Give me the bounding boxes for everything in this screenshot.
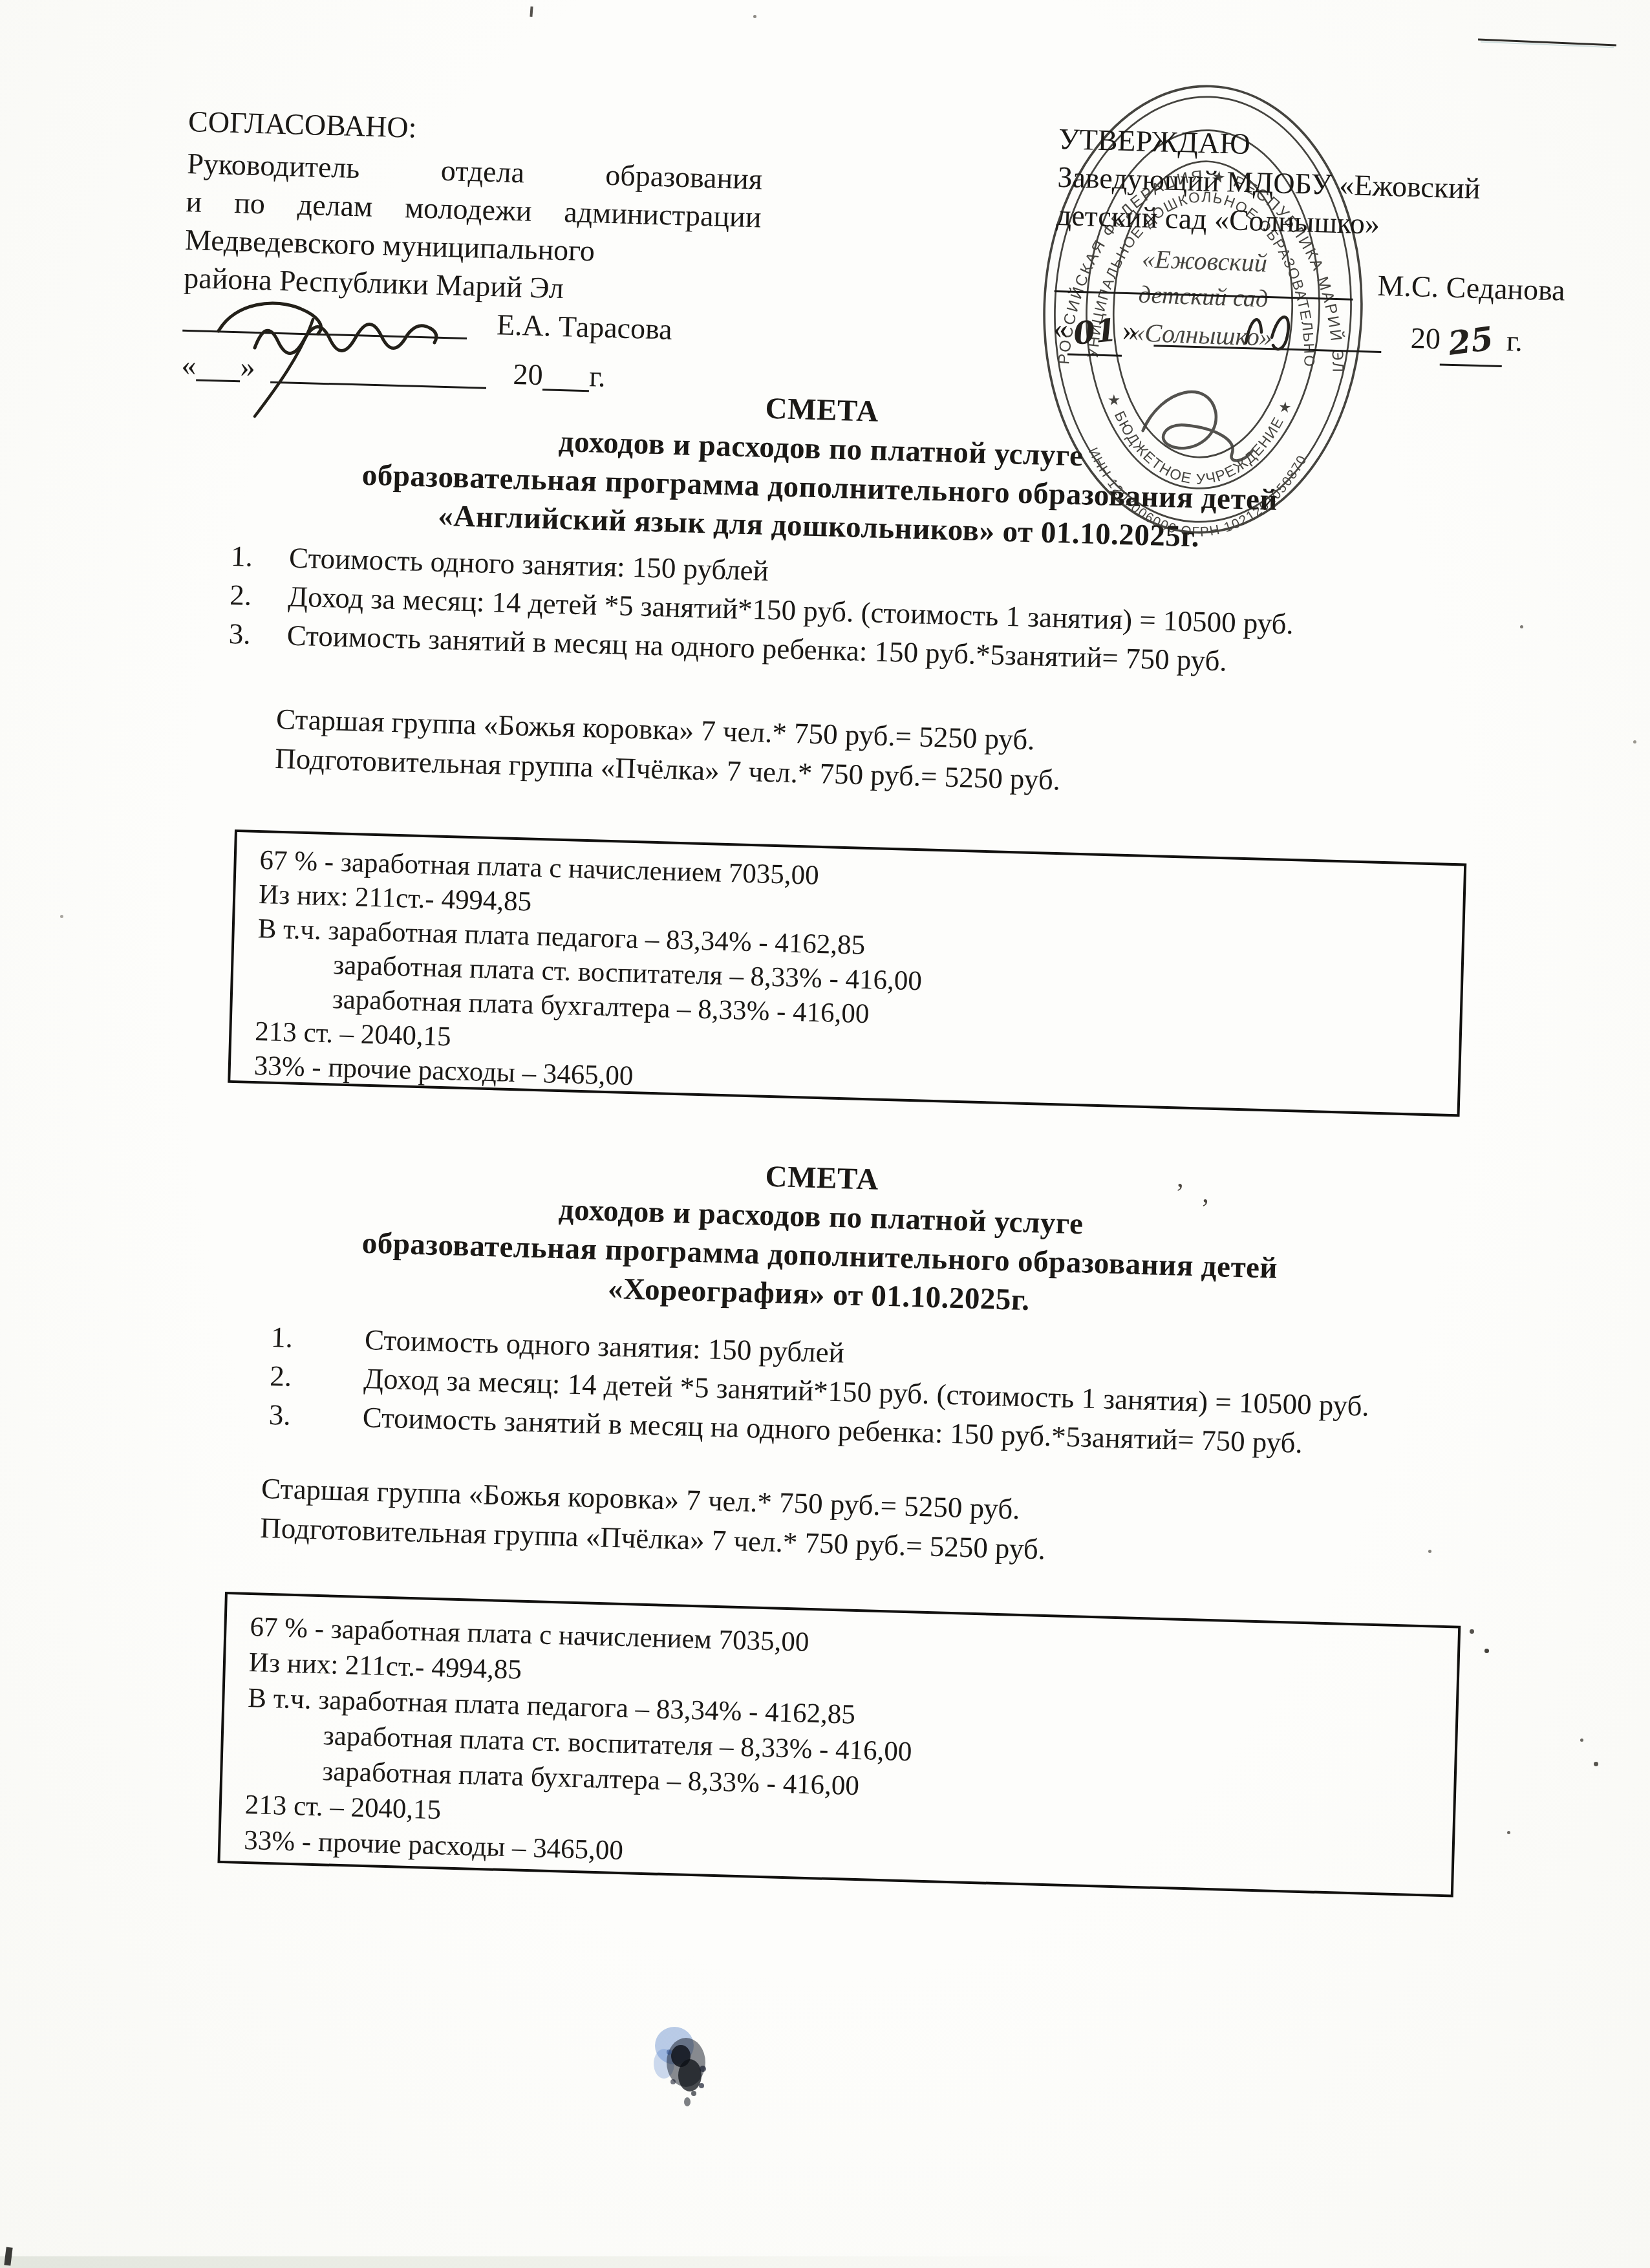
- scan-bottom-edge: [0, 2256, 1099, 2268]
- year-line: [542, 386, 589, 392]
- estimate1-salary-box: 67 % - заработная плата с начислением 70…: [228, 829, 1466, 1117]
- handwritten-day: 01: [1071, 312, 1118, 354]
- quote-open: «: [1053, 312, 1068, 345]
- quote-close: »: [1122, 314, 1137, 347]
- year-suffix: г.: [1506, 324, 1523, 358]
- quote-open: «: [181, 348, 197, 382]
- item-number: 1.: [230, 537, 290, 577]
- item-number: 3.: [268, 1395, 363, 1437]
- item-number: 1.: [270, 1318, 365, 1359]
- handwritten-month-squiggle: [1232, 292, 1316, 370]
- stamp-middle-bottom-text: ★ БЮДЖЕТНОЕ УЧРЕЖДЕНИЕ ★: [1101, 390, 1295, 491]
- approved-signer-name: Е.А. Тарасова: [496, 308, 672, 345]
- stamp-outer-bottom-text: ИНН 1207006000 ОГРН 1021201050870: [1082, 445, 1310, 544]
- svg-text:★ БЮДЖЕТНОЕ УЧРЕЖДЕНИЕ ★: ★ БЮДЖЕТНОЕ УЧРЕЖДЕНИЕ ★: [1101, 390, 1295, 491]
- scan-speck-top: [530, 6, 533, 17]
- scan-specks: [0, 0, 2, 2]
- approval-right-block: УТВЕРЖДАЮ Заведующий МДОБУ «Ежовский дет…: [1053, 120, 1602, 370]
- director-signature-stroke: [1142, 390, 1254, 462]
- estimate2-title-block: СМЕТА доходов и расходов по платной услу…: [202, 1142, 1438, 1331]
- scanned-document-page: РОССИЙСКАЯ ФЕДЕРАЦИЯ ★ РЕСПУБЛИКА МАРИЙ …: [0, 0, 1650, 2268]
- estimate2-salary-box: 67 % - заработная плата с начислением 70…: [217, 1592, 1461, 1898]
- estimate2-groups: Старшая группа «Божья коровка» 7 чел.* 7…: [260, 1469, 1047, 1569]
- svg-text:ИНН 1207006000 ОГРН 1021201050: ИНН 1207006000 ОГРН 1021201050870: [1082, 445, 1310, 544]
- year-prefix: 20: [1410, 321, 1441, 355]
- stray-pen-marks: ’ ,: [1175, 1178, 1216, 1209]
- approve-signature-row: М.С. Седанова: [1054, 257, 1598, 312]
- estimate2-list: 1. Стоимость одного занятия: 150 рублей …: [268, 1318, 1564, 1470]
- year-suffix: г.: [589, 359, 606, 393]
- ink-smudge: [650, 2024, 727, 2114]
- estimate1-groups: Старшая группа «Божья коровка» 7 чел.* 7…: [275, 700, 1062, 800]
- approve-signer-name: М.С. Седанова: [1377, 269, 1565, 307]
- item-number: 2.: [230, 575, 289, 615]
- item-number: 3.: [228, 614, 288, 654]
- handwritten-year: 25: [1446, 319, 1496, 363]
- tarasova-signature: [199, 272, 522, 420]
- item-number: 2.: [270, 1356, 365, 1398]
